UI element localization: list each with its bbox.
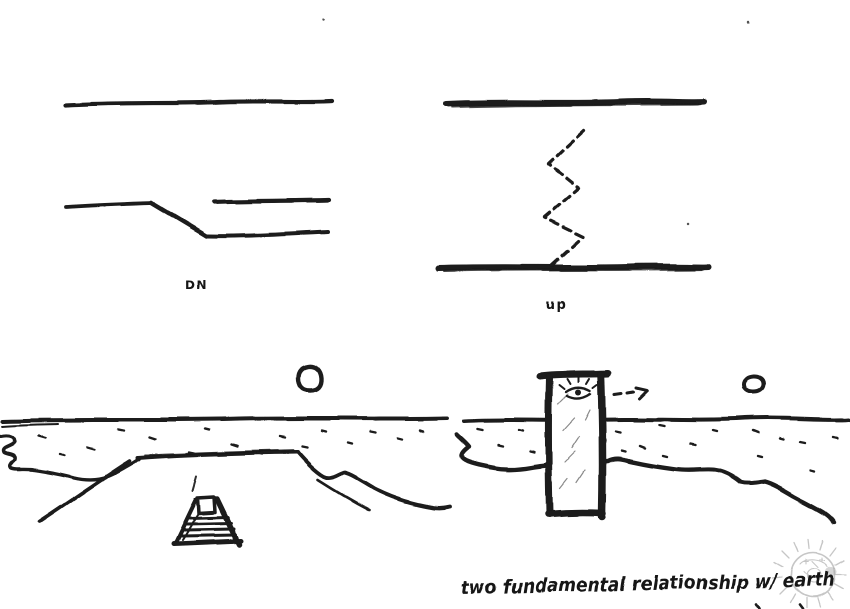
lower-level-line bbox=[206, 232, 328, 236]
arrow-dashes bbox=[614, 392, 633, 395]
tower-body bbox=[546, 376, 601, 513]
horizon-underline bbox=[2, 424, 58, 426]
arrow-right-icon bbox=[614, 388, 647, 399]
tower-right-border bbox=[601, 375, 603, 516]
stair-tick bbox=[193, 477, 197, 491]
earth-band-left-edge bbox=[0, 436, 139, 479]
tower-bottom-border bbox=[548, 512, 603, 514]
stair-bottom-edge bbox=[174, 541, 241, 544]
eye-pupil bbox=[575, 390, 581, 396]
upper-level-line-right bbox=[214, 200, 329, 202]
ground-datum-line bbox=[438, 267, 708, 268]
upper-datum-line bbox=[66, 101, 332, 105]
up-label: up bbox=[545, 298, 567, 313]
sun-icon bbox=[744, 376, 764, 391]
descent-slope-line bbox=[151, 203, 206, 236]
sky-datum-line bbox=[446, 102, 704, 104]
zigzag-ascent-line bbox=[544, 131, 584, 266]
tower bbox=[540, 374, 647, 517]
stair-landing-box bbox=[198, 497, 215, 513]
ground-datum-line-rough bbox=[444, 270, 703, 272]
ink-specks bbox=[323, 20, 748, 224]
section-down-diagram: DN bbox=[66, 101, 332, 292]
left-slope-faint-line bbox=[61, 481, 101, 508]
descend-into-earth-scene bbox=[0, 366, 450, 545]
section-up-diagram: up bbox=[438, 102, 708, 313]
sun-icon bbox=[299, 366, 322, 391]
right-slope-inner-line bbox=[318, 480, 369, 510]
horizon-line bbox=[3, 418, 447, 421]
caption: two fundamental relationship w/ earth bbox=[461, 569, 835, 609]
dn-label: DN bbox=[185, 278, 208, 292]
horizon-line bbox=[464, 418, 848, 421]
sketch-drawing: DN up bbox=[0, 0, 850, 609]
caption-text: two fundamental relationship w/ earth bbox=[461, 569, 835, 599]
arrow-head bbox=[636, 388, 647, 399]
upper-level-line-left bbox=[66, 203, 151, 207]
rise-above-earth-scene bbox=[323, 20, 848, 522]
cutoff-text-marks bbox=[757, 604, 802, 609]
tower-left-border bbox=[548, 377, 549, 514]
stairs-down-icon bbox=[174, 477, 241, 545]
sketch-canvas: DN up bbox=[0, 0, 850, 609]
